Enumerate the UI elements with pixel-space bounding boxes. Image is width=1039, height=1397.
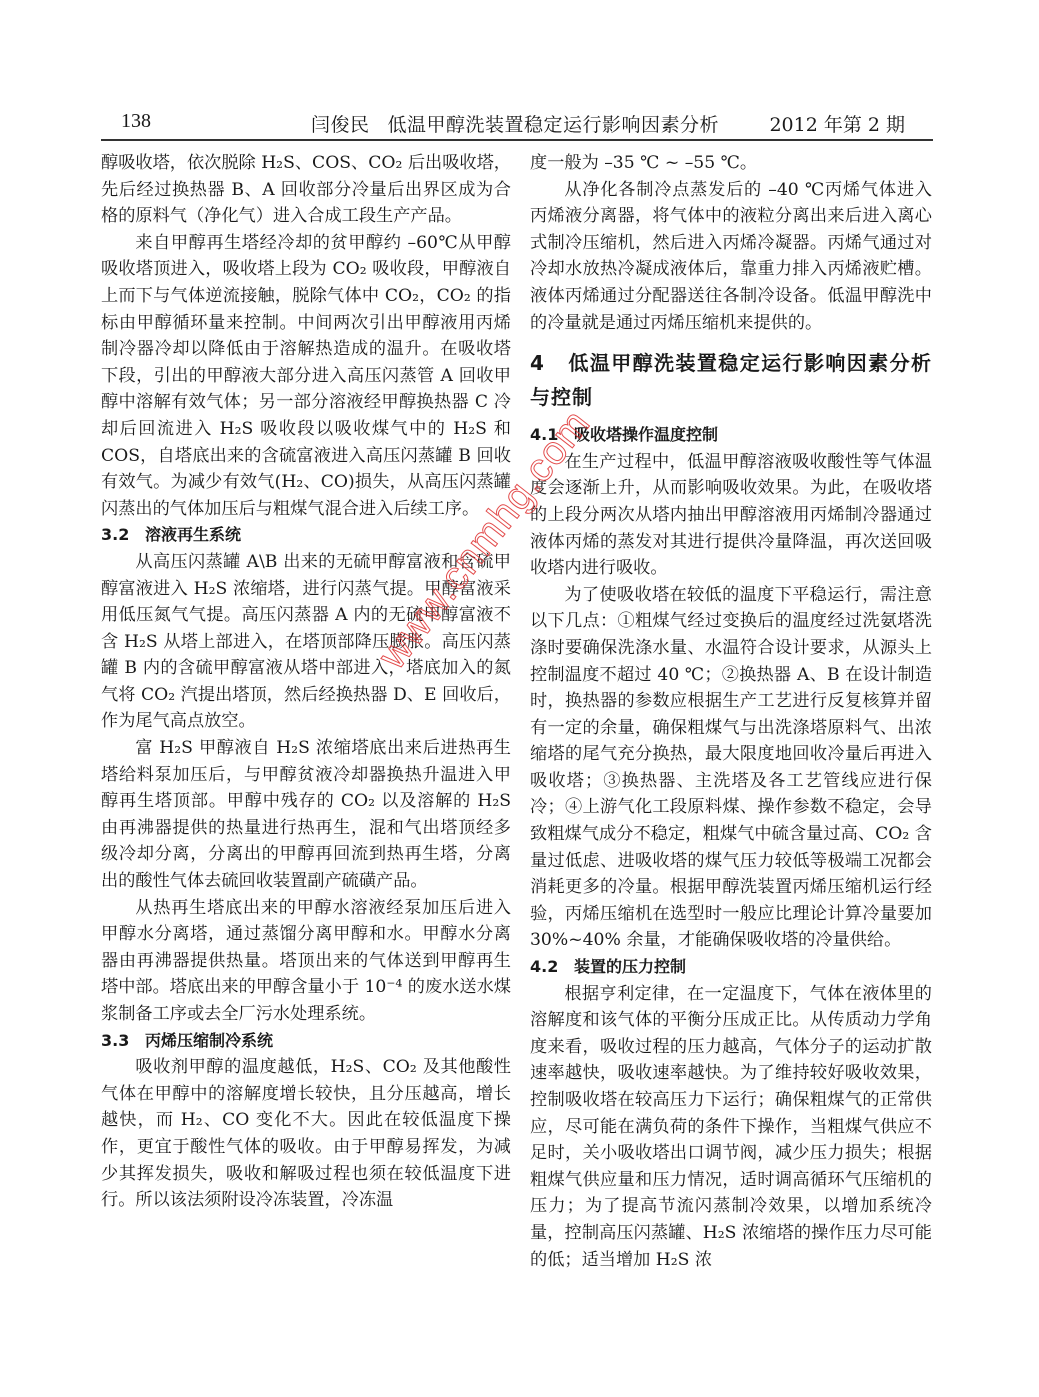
- section-heading-3-2: 3.2溶液再生系统: [101, 522, 511, 549]
- section-number: 4: [530, 346, 568, 380]
- header-rule: [101, 139, 933, 141]
- section-title: 吸收塔操作温度控制: [574, 425, 718, 444]
- section-heading-3-3: 3.3丙烯压缩制冷系统: [101, 1028, 511, 1055]
- section-title: 低温甲醇洗装置稳定运行影响因素分析与控制: [530, 351, 932, 409]
- paragraph: 根据亨利定律，在一定温度下，气体在液体里的溶解度和该气体的平衡分压成正比。从传质…: [530, 981, 932, 1274]
- section-title: 装置的压力控制: [574, 957, 686, 976]
- section-title: 丙烯压缩制冷系统: [145, 1031, 273, 1050]
- left-column: 醇吸收塔，依次脱除 H₂S、COS、CO₂ 后出吸收塔，先后经过换热器 B、A …: [101, 150, 511, 1214]
- paragraph: 度一般为 –35 ℃ ~ –55 ℃。: [530, 150, 932, 177]
- right-column: 度一般为 –35 ℃ ~ –55 ℃。 从净化各制冷点蒸发后的 –40 ℃丙烯气…: [530, 150, 932, 1273]
- section-number: 3.2: [101, 522, 145, 549]
- section-number: 3.3: [101, 1028, 145, 1055]
- paragraph: 在生产过程中，低温甲醇溶液吸收酸性等气体温度会逐渐上升，从而影响吸收效果。为此，…: [530, 449, 932, 582]
- section-heading-4: 4低温甲醇洗装置稳定运行影响因素分析与控制: [530, 346, 932, 414]
- article-title: 低温甲醇洗装置稳定运行影响因素分析: [388, 114, 720, 136]
- section-number: 4.1: [530, 422, 574, 449]
- paragraph: 吸收剂甲醇的温度越低，H₂S、CO₂ 及其他酸性气体在甲醇中的溶解度增长较快，且…: [101, 1054, 511, 1214]
- paragraph: 醇吸收塔，依次脱除 H₂S、COS、CO₂ 后出吸收塔，先后经过换热器 B、A …: [101, 150, 511, 230]
- section-title: 溶液再生系统: [145, 525, 241, 544]
- section-number: 4.2: [530, 954, 574, 981]
- paragraph: 来自甲醇再生塔经冷却的贫甲醇约 –60℃从甲醇吸收塔顶进入，吸收塔上段为 CO₂…: [101, 230, 511, 523]
- paragraph: 为了使吸收塔在较低的温度下平稳运行，需注意以下几点：①粗煤气经过变换后的温度经过…: [530, 582, 932, 954]
- paragraph: 从热再生塔底出来的甲醇水溶液经泵加压后进入甲醇水分离塔，通过蒸馏分离甲醇和水。甲…: [101, 895, 511, 1028]
- paragraph: 富 H₂S 甲醇液自 H₂S 浓缩塔底出来后进热再生塔给料泵加压后，与甲醇贫液冷…: [101, 735, 511, 895]
- running-header: 138 闫俊民低温甲醇洗装置稳定运行影响因素分析 2012 年第 2 期: [101, 108, 931, 138]
- running-title: 闫俊民低温甲醇洗装置稳定运行影响因素分析: [311, 110, 719, 137]
- paragraph: 从净化各制冷点蒸发后的 –40 ℃丙烯气体进入丙烯液分离器，将气体中的液粒分离出…: [530, 177, 932, 337]
- section-heading-4-1: 4.1吸收塔操作温度控制: [530, 422, 932, 449]
- author-name: 闫俊民: [311, 114, 370, 136]
- section-heading-4-2: 4.2装置的压力控制: [530, 954, 932, 981]
- issue-label: 2012 年第 2 期: [769, 110, 905, 137]
- page-number: 138: [121, 110, 151, 133]
- paragraph: 从高压闪蒸罐 A\B 出来的无硫甲醇富液和含硫甲醇富液进入 H₂S 浓缩塔，进行…: [101, 549, 511, 735]
